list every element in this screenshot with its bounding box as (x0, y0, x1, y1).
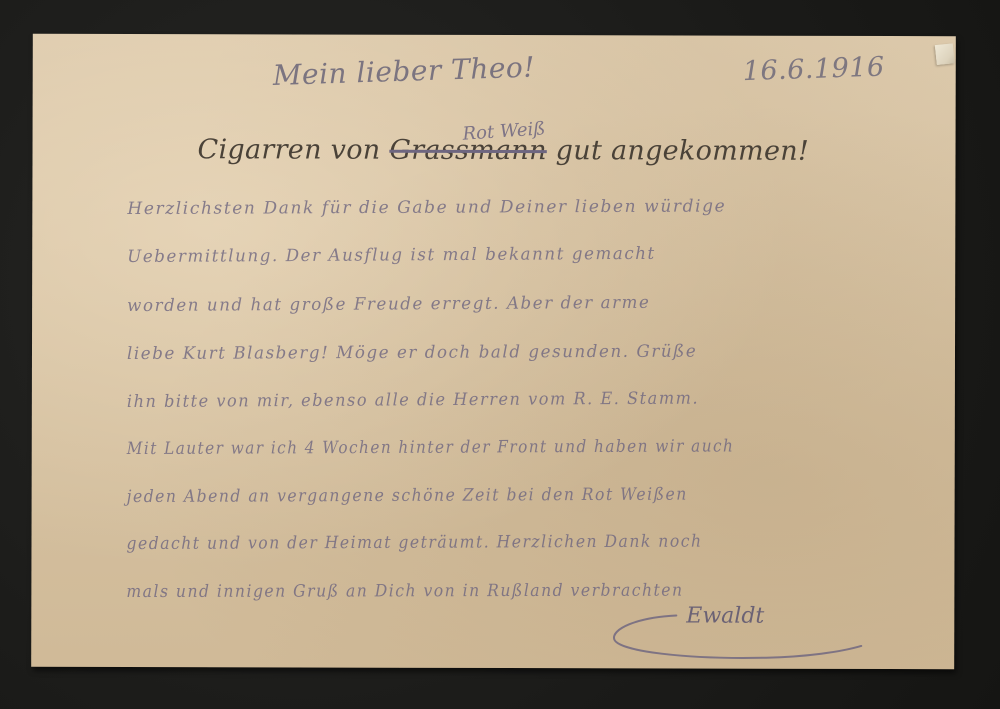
salutation: Mein lieber Theo! (272, 51, 535, 92)
body-line: Herzlichsten Dank für die Gabe und Deine… (127, 196, 726, 219)
printed-prefix: Cigarren von (197, 134, 389, 166)
printed-line: Cigarren von Grassmann gut angekommen! (197, 134, 809, 167)
body-line: Uebermittlung. Der Ausflug ist mal bekan… (127, 244, 656, 267)
body-line: jeden Abend an vergangene schöne Zeit be… (127, 485, 688, 507)
printed-suffix: gut angekommen! (547, 135, 809, 167)
struck-word: Grassmann (389, 135, 547, 166)
folded-corner (935, 43, 955, 65)
body-line: liebe Kurt Blasberg! Möge er doch bald g… (127, 342, 697, 364)
body-line: gedacht und von der Heimat geträumt. Her… (126, 532, 702, 555)
postcard: Mein lieber Theo! 16.6.1916 Rot Weiß Cig… (31, 34, 956, 669)
body-line: ihn bitte von mir, ebenso alle die Herre… (127, 389, 699, 412)
body-line: worden und hat große Freude erregt. Aber… (127, 293, 650, 316)
date: 16.6.1916 (742, 52, 885, 88)
body-line: mals und innigen Gruß an Dich von in Ruß… (126, 581, 683, 602)
body-line: Mit Lauter war ich 4 Wochen hinter der F… (127, 436, 735, 459)
handwritten-body: Herzlichsten Dank für die Gabe und Deine… (127, 199, 947, 201)
signature: Ewaldt (686, 604, 764, 629)
